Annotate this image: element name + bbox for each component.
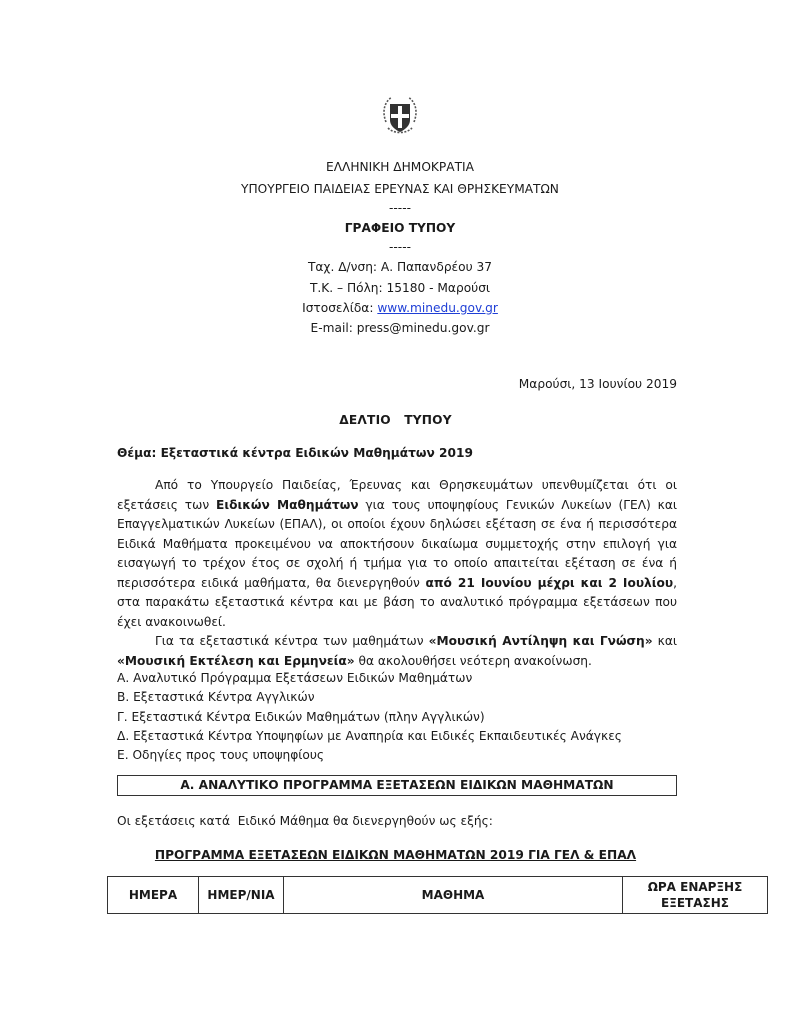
ministry-label: ΥΠΟΥΡΓΕΙΟ ΠΑΙΔΕΙΑΣ ΕΡΕΥΝΑΣ ΚΑΙ ΘΡΗΣΚΕΥΜΑ… [0,180,791,198]
column-header-subject: ΜΑΘΗΜΑ [284,877,623,914]
column-header-date: ΗΜΕΡ/ΝΙΑ [199,877,284,914]
body-text: Από το Υπουργείο Παιδείας, Έρευνας και Θ… [117,476,677,671]
postal-label: Τ.Κ. – Πόλη: 15180 - Μαρούσι [0,279,791,297]
separator: ----- [0,238,791,256]
document-title: ΔΕΛΤΙΟ ΤΥΠΟΥ [0,413,791,427]
contents-item: Α. Αναλυτικό Πρόγραμμα Εξετάσεων Ειδικών… [117,669,622,688]
text-run: Για τα εξεταστικά κέντρα των μαθημάτων [155,634,429,648]
contents-item: Δ. Εξεταστικά Κέντρα Υποψηφίων με Αναπηρ… [117,727,622,746]
paragraph-1: Από το Υπουργείο Παιδείας, Έρευνας και Θ… [117,476,677,632]
schedule-table: ΗΜΕΡΑ ΗΜΕΡ/ΝΙΑ ΜΑΘΗΜΑ ΩΡΑ ΕΝΑΡΞΗΣΕΞΕΤΑΣΗ… [107,876,768,914]
paragraph-2: Για τα εξεταστικά κέντρα των μαθημάτων «… [117,632,677,671]
text-run: θα ακολουθήσει νεότερη ανακοίνωση. [355,654,592,668]
office-label: ΓΡΑΦΕΙΟ ΤΥΠΟΥ [0,219,791,237]
text-run: και [653,634,677,648]
republic-label: ΕΛΛΗΝΙΚΗ ΔΗΜΟΚΡΑΤΙΑ [0,158,791,176]
website-label: Ιστοσελίδα: [302,301,377,315]
date-label: Μαρούσι, 13 Ιουνίου 2019 [519,377,677,391]
website-link[interactable]: www.minedu.gov.gr [377,301,498,315]
text-run-bold: από 21 Ιουνίου μέχρι και 2 Ιουλίου [426,576,674,590]
contents-item: Ε. Οδηγίες προς τους υποψηφίους [117,746,622,765]
contents-item: Γ. Εξεταστικά Κέντρα Ειδικών Μαθημάτων (… [117,708,622,727]
contents-list: Α. Αναλυτικό Πρόγραμμα Εξετάσεων Ειδικών… [117,669,622,765]
table-header-row: ΗΜΕΡΑ ΗΜΕΡ/ΝΙΑ ΜΑΘΗΜΑ ΩΡΑ ΕΝΑΡΞΗΣΕΞΕΤΑΣΗ… [108,877,768,914]
program-title: ΠΡΟΓΡΑΜΜΑ ΕΞΕΤΑΣΕΩΝ ΕΙΔΙΚΩΝ ΜΑΘΗΜΑΤΩΝ 20… [0,848,791,862]
subject-line: Θέμα: Εξεταστικά κέντρα Ειδικών Μαθημάτω… [117,446,473,460]
email-label: E-mail: press@minedu.gov.gr [0,319,791,337]
greek-coat-of-arms-icon [378,92,422,140]
header-line: ΕΞΕΤΑΣΗΣ [661,896,729,910]
column-header-start-time: ΩΡΑ ΕΝΑΡΞΗΣΕΞΕΤΑΣΗΣ [623,877,768,914]
header-line: ΩΡΑ ΕΝΑΡΞΗΣ [648,880,743,894]
text-run-bold: Ειδικών Μαθημάτων [216,498,359,512]
section-a-intro: Οι εξετάσεις κατά Ειδικό Μάθημα θα διενε… [117,814,493,828]
address-label: Ταχ. Δ/νση: Α. Παπανδρέου 37 [0,258,791,276]
text-run-bold: «Μουσική Αντίληψη και Γνώση» [429,634,653,648]
text-run-bold: «Μουσική Εκτέλεση και Ερμηνεία» [117,654,355,668]
separator: ----- [0,199,791,217]
column-header-day: ΗΜΕΡΑ [108,877,199,914]
section-a-heading: Α. ΑΝΑΛΥΤΙΚΟ ΠΡΟΓΡΑΜΜΑ ΕΞΕΤΑΣΕΩΝ ΕΙΔΙΚΩΝ… [117,775,677,796]
website-line: Ιστοσελίδα: www.minedu.gov.gr [0,299,791,317]
contents-item: Β. Εξεταστικά Κέντρα Αγγλικών [117,688,622,707]
